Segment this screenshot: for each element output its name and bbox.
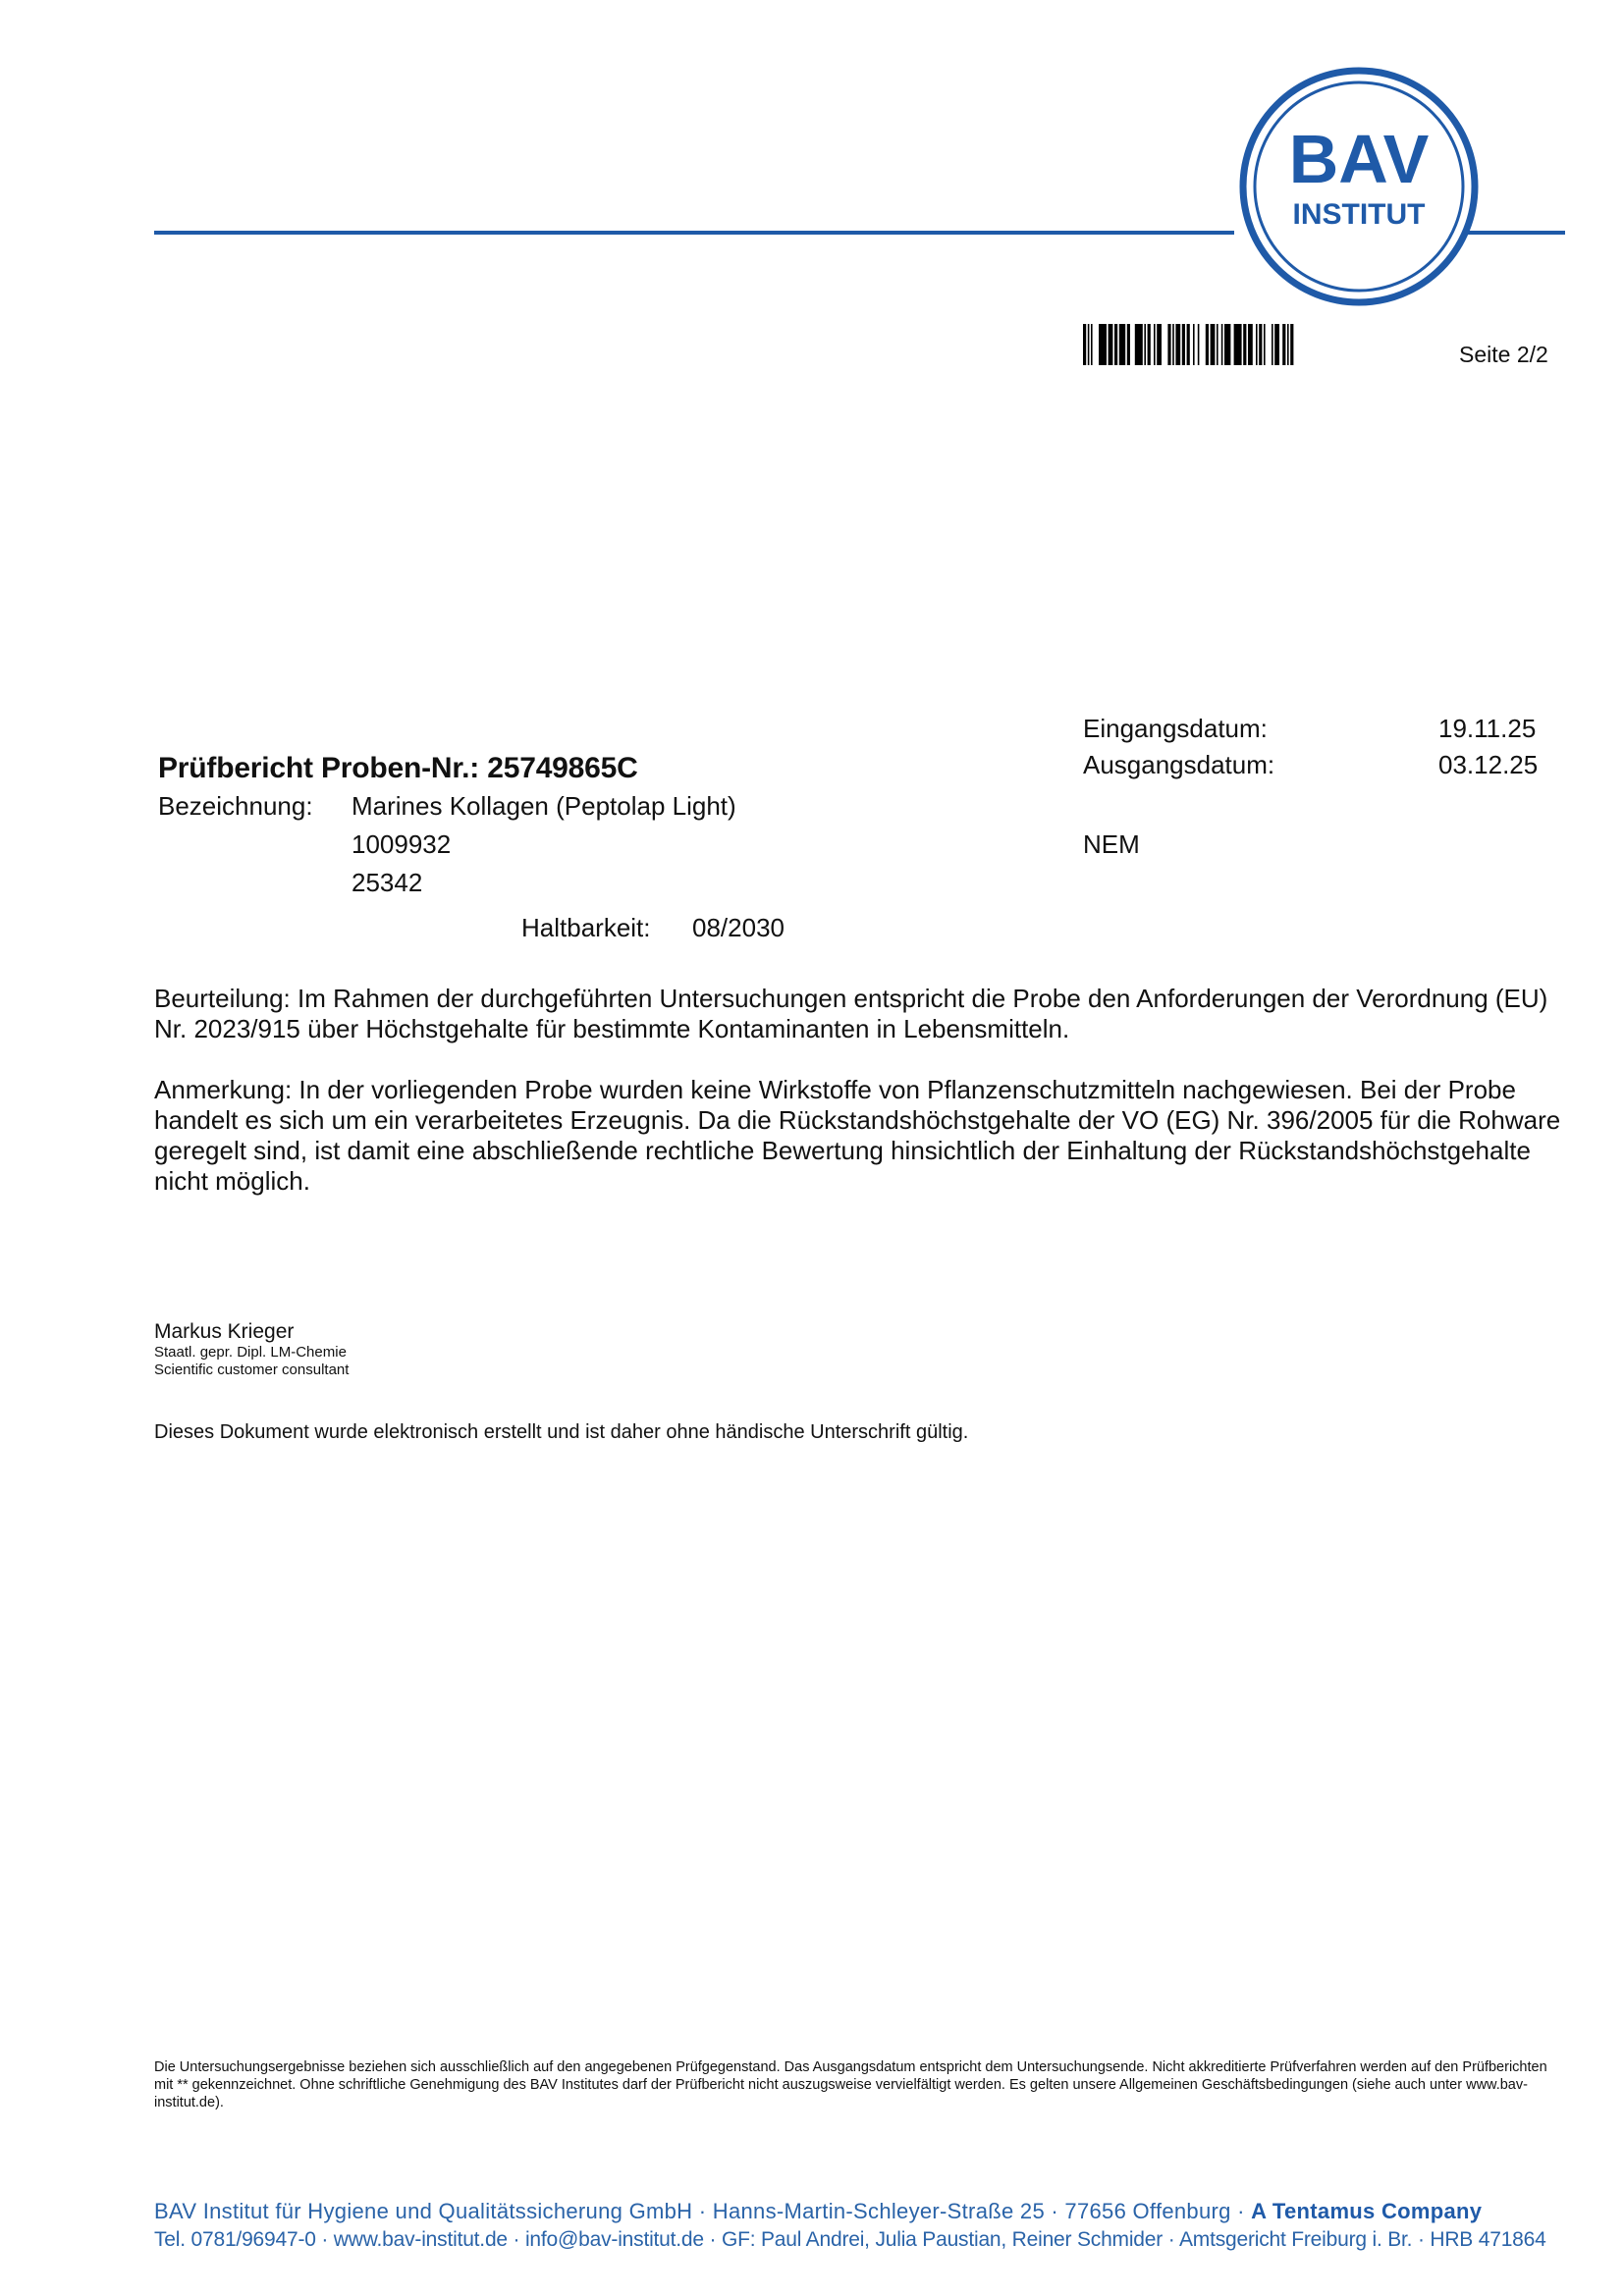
signatory-name: Markus Krieger bbox=[154, 1320, 294, 1344]
footer-contact: Tel. 0781/96947-0 · www.bav-institut.de … bbox=[154, 2228, 1546, 2252]
shelf-life-label: Haltbarkeit: bbox=[521, 913, 651, 942]
report-title: Prüfbericht Proben-Nr.: 25749865C bbox=[158, 752, 638, 785]
header-rule-right bbox=[1467, 231, 1565, 235]
signatory-qualification: Staatl. gepr. Dipl. LM-Chemie bbox=[154, 1344, 347, 1362]
received-date-label: Eingangsdatum: bbox=[1083, 714, 1268, 743]
svg-text:BAV: BAV bbox=[1289, 121, 1430, 197]
shelf-life-value: 08/2030 bbox=[692, 913, 785, 942]
footer-parent-company: A Tentamus Company bbox=[1251, 2199, 1482, 2223]
legal-disclaimer: Die Untersuchungsergebnisse beziehen sic… bbox=[154, 2058, 1568, 2111]
designation-line: 25342 bbox=[352, 868, 422, 897]
page-number: Seite 2/2 bbox=[1459, 342, 1548, 368]
footer-address-text: BAV Institut für Hygiene und Qualitätssi… bbox=[154, 2199, 1251, 2223]
assessment-paragraph: Beurteilung: Im Rahmen der durchgeführte… bbox=[154, 984, 1568, 1044]
product-category: NEM bbox=[1083, 829, 1140, 859]
signatory-role: Scientific customer consultant bbox=[154, 1362, 349, 1379]
header-rule-left bbox=[154, 231, 1234, 235]
designation-label: Bezeichnung: bbox=[158, 791, 313, 821]
barcode-icon bbox=[1083, 324, 1368, 365]
designation-line: Marines Kollagen (Peptolap Light) bbox=[352, 791, 736, 821]
electronic-signature-notice: Dieses Dokument wurde elektronisch erste… bbox=[154, 1421, 968, 1444]
received-date-value: 19.11.25 bbox=[1438, 714, 1536, 743]
issued-date-label: Ausgangsdatum: bbox=[1083, 750, 1274, 779]
footer-company-address: BAV Institut für Hygiene und Qualitätssi… bbox=[154, 2199, 1482, 2224]
bav-institut-logo-icon: BAV INSTITUT bbox=[1239, 67, 1479, 306]
designation-line: 1009932 bbox=[352, 829, 451, 859]
issued-date-value: 03.12.25 bbox=[1438, 750, 1538, 779]
remark-paragraph: Anmerkung: In der vorliegenden Probe wur… bbox=[154, 1075, 1568, 1197]
svg-text:INSTITUT: INSTITUT bbox=[1293, 198, 1426, 231]
